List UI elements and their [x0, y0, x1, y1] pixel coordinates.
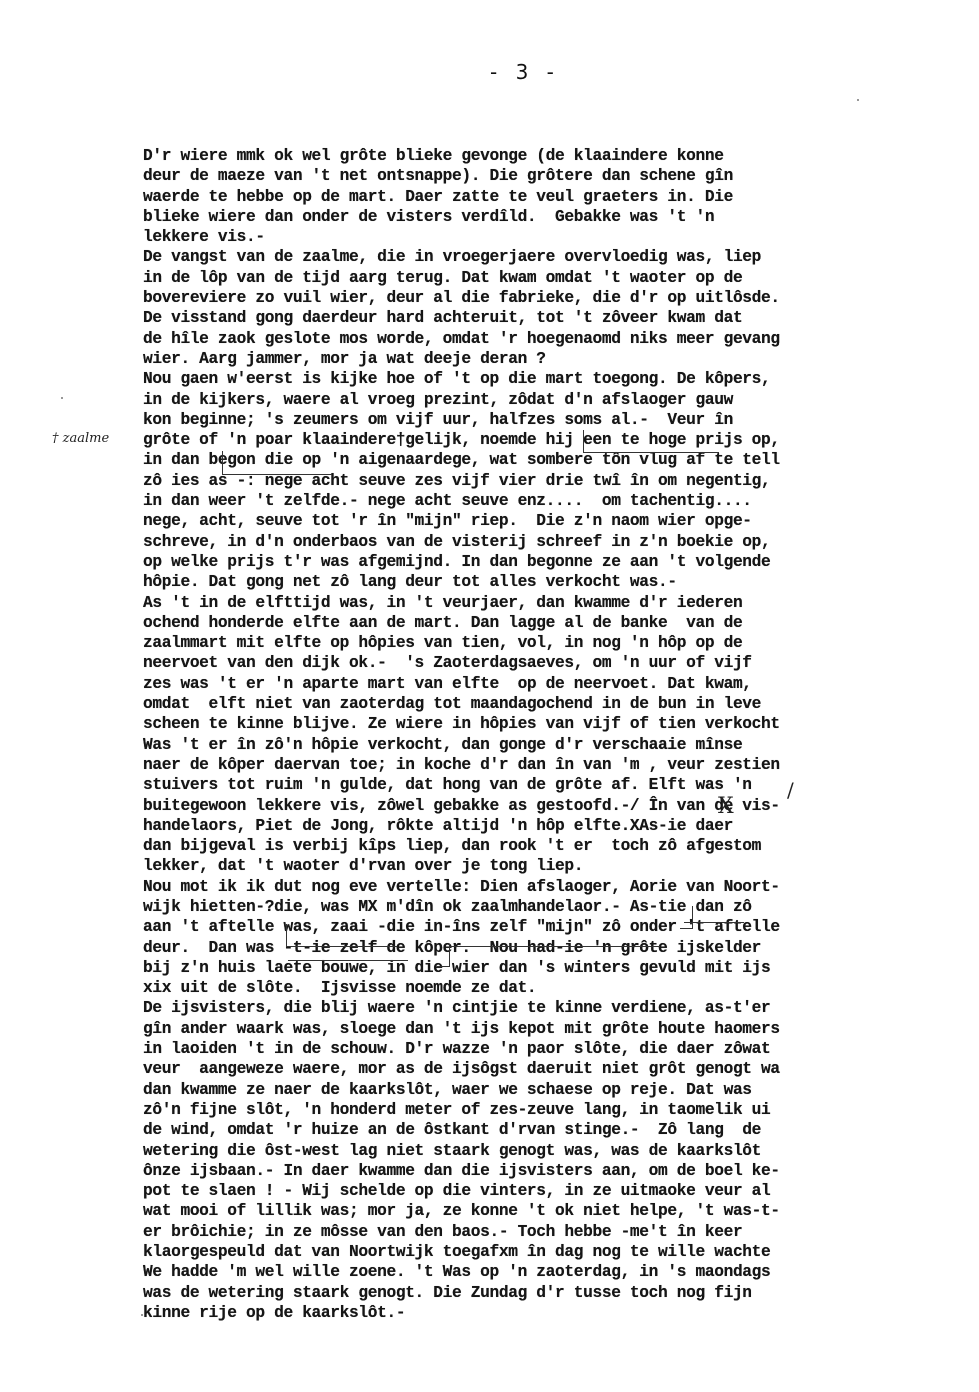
text-line: scheen te kinne blijve. Ze wiere in hôpi…: [143, 714, 979, 734]
text-line: stuivers tot ruim 'n gulde, dat hong van…: [143, 775, 979, 795]
text-line: Nou gaen w'eerst is kijke hoe of 't op d…: [143, 369, 979, 389]
text-line: dan bijgeval is verbij kîps liep, dan ro…: [143, 836, 979, 856]
text-line: hôpie. Dat gong net zô lang deur tot all…: [143, 572, 979, 592]
text-line: bovereviere zo vuil wier, deur al die fa…: [143, 288, 979, 308]
text-line: ochend honderde elfte aan de mart. Dan l…: [143, 613, 979, 633]
text-line: nege, acht, seuve tot 'r în "mijn" riep.…: [143, 511, 979, 531]
document-body: D'r wiere mmk ok wel grôte blieke gevong…: [143, 146, 979, 1323]
text-line: bij z'n huis laete bouwe, in die wier da…: [143, 958, 979, 978]
scan-speck: [857, 99, 859, 101]
text-line: ônze ijsbaan.- In daer kwamme dan die ij…: [143, 1161, 979, 1181]
text-line: omdat elft niet van zaoterdag tot maanda…: [143, 694, 979, 714]
page-number: - 3 -: [490, 60, 560, 84]
text-line: naer de kôper daervan toe; in koche d'r …: [143, 755, 979, 775]
text-line: was de wetering staark genogt. Die Zunda…: [143, 1283, 979, 1303]
text-line: kinne rije op de kaarkslôt.-: [143, 1303, 979, 1323]
typewritten-page: - 3 - † zaalme D'r wiere mmk ok wel grôt…: [0, 0, 979, 1392]
text-line: wijk hietten-?die, was MX m'dîn ok zaalm…: [143, 897, 979, 917]
text-line: We hadde 'm wel wille zoene. 't Was op '…: [143, 1262, 979, 1282]
text-line: De visstand gong daerdeur hard achteruit…: [143, 308, 979, 328]
handwritten-margin-note: † zaalme: [52, 431, 109, 446]
text-line: zô ies as -: nege acht seuve zes vijf vi…: [143, 471, 979, 491]
text-line: in de lôp van de tijd aarg terug. Dat kw…: [143, 268, 979, 288]
text-line: er brôichie; in ze môsse van den baos.- …: [143, 1222, 979, 1242]
text-line: De ijsvisters, die blij waere 'n cintjie…: [143, 998, 979, 1018]
text-line: zes was 't er 'n aparte mart van elfte o…: [143, 674, 979, 694]
text-line: neervoet van den dijk ok.- 's Zaoterdags…: [143, 653, 979, 673]
text-line: wat mooi of lillik was; mor ja, ze konne…: [143, 1201, 979, 1221]
text-line: lekkere vis.-: [143, 227, 979, 247]
text-line: in laoiden 't in de schouw. D'r wazze 'n…: [143, 1039, 979, 1059]
text-line: de hîle zaok geslote mos worde, omdat 'r…: [143, 329, 979, 349]
text-line: pot te slaen ! - Wij schelde op die vint…: [143, 1181, 979, 1201]
text-line: dan kwamme ze naer de kaarkslôt, waer we…: [143, 1080, 979, 1100]
text-line: schreve, in d'n onderbaos van de visteri…: [143, 532, 979, 552]
scan-speck: [61, 397, 63, 399]
text-line: de wind, omdat 'r huize an de ôstkant d'…: [143, 1120, 979, 1140]
text-line: deur. Dan was -t-ie zelf de kôper. Nou h…: [143, 938, 979, 958]
text-line: gîn ander waark was, sloege dan 't ijs k…: [143, 1019, 979, 1039]
text-line: xix uit de slôte. Ijsvisse noemde ze dat…: [143, 978, 979, 998]
text-line: Nou mot ik ik dut nog eve vertelle: Dien…: [143, 877, 979, 897]
text-line: veur aangeweze waere, mor as de ijsôgst …: [143, 1059, 979, 1079]
text-line: De vangst van de zaalme, die in vroegerj…: [143, 247, 979, 267]
text-line: handelaors, Piet de Jong, rôkte altijd '…: [143, 816, 979, 836]
text-line: waerde te hebbe op de mart. Daer zatte t…: [143, 187, 979, 207]
text-line: in dan begon die op 'n aigenaardege, wat…: [143, 450, 979, 470]
text-line: wetering die ôst-west lag niet staark ge…: [143, 1141, 979, 1161]
text-line: blieke wiere dan onder de visters verdîl…: [143, 207, 979, 227]
text-line: kon beginne; 's zeumers om vijf uur, hal…: [143, 410, 979, 430]
text-line: wier. Aarg jammer, mor ja wat deeje dera…: [143, 349, 979, 369]
text-line: grôte of 'n poar klaaindere†gelijk, noem…: [143, 430, 979, 450]
text-line: deur de maeze van 't net ontsnappe). Die…: [143, 166, 979, 186]
text-line: D'r wiere mmk ok wel grôte blieke gevong…: [143, 146, 979, 166]
text-line: op welke prijs t'r was afgemijnd. In dan…: [143, 552, 979, 572]
text-line: Was 't er în zô'n hôpie verkocht, dan go…: [143, 735, 979, 755]
text-line: zô'n fijne slôt, 'n honderd meter of zes…: [143, 1100, 979, 1120]
text-line: lekker, dat 't waoter d'rvan over je ton…: [143, 856, 979, 876]
text-line: in de kijkers, waere al vroeg prezint, z…: [143, 390, 979, 410]
scan-speck: [141, 1314, 143, 1316]
text-line: As 't in de elfttijd was, in 't veurjaer…: [143, 593, 979, 613]
text-line: buitegewoon lekkere vis, zôwel gebakke a…: [143, 796, 979, 816]
text-line: klaorgespeuld dat van Noortwijk toegafxm…: [143, 1242, 979, 1262]
text-line: zaalmmart mit elfte op hôpies van tien, …: [143, 633, 979, 653]
text-line: aan 't aftelle was, zaai -die in-îns zel…: [143, 917, 979, 937]
text-line: in dan weer 't zelfde.- nege acht seuve …: [143, 491, 979, 511]
